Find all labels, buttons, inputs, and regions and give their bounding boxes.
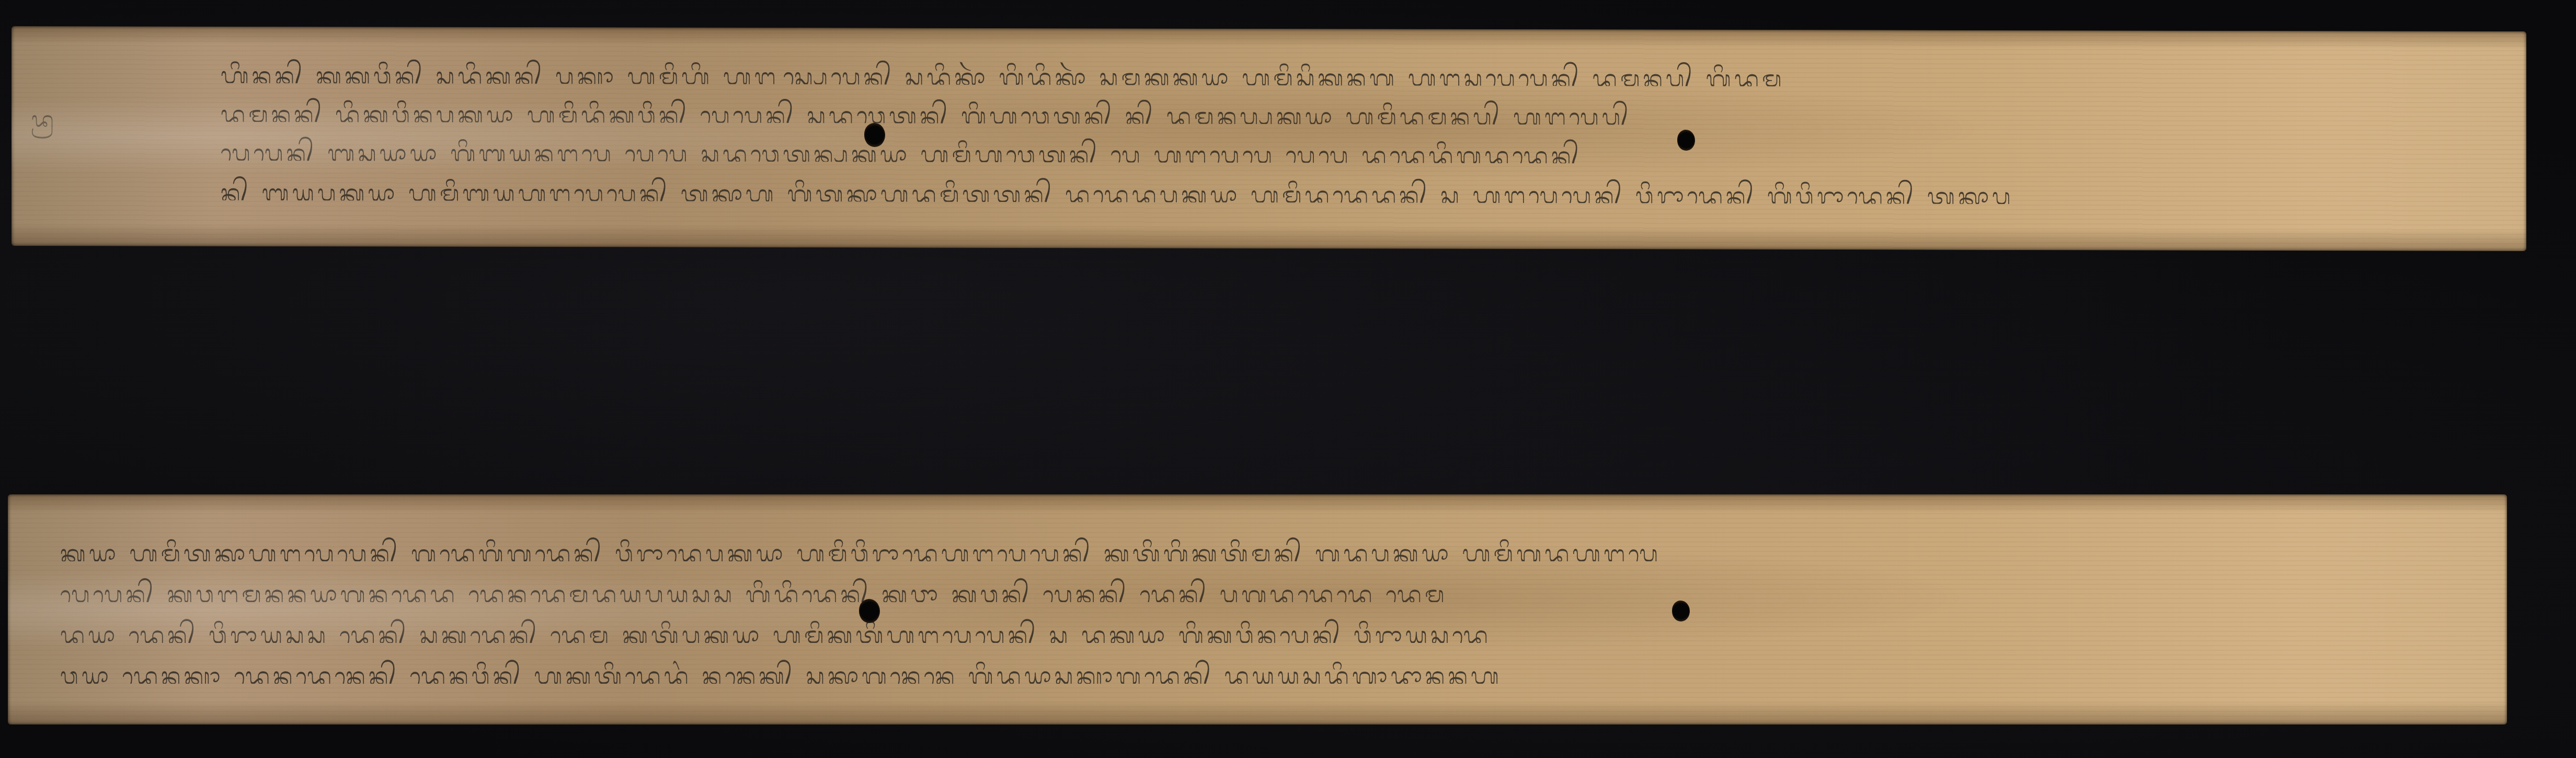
palm-leaf-bottom: ᬓᬬᬵ ᬳᬸᬫᬶᬢᬓᬵᬳᬗᬧᬾᬧᬾᬦ᭄ ᬕᬤᬾᬕᬶᬕᬤᬾᬦ᭄ ᬯᬶᬭᬵᬤᬾᬧᬓᬬ… (8, 494, 2507, 725)
script-line: ᬧᬾᬧᬾᬦ᭄ ᬓᬯᬗᬫᬦᬦᬬᬵᬕᬦᬤᬾᬤ ᬤᬾᬦᬤᬾᬫᬤᬬᬸᬧᬬᬲᬲ ᬕᬶᬤᬶᬤ… (60, 578, 1838, 602)
string-hole (1677, 130, 1695, 151)
string-hole (864, 123, 885, 147)
script-line: ᬯᬬᬵ ᬤᬾᬦᬦ᭄ᬬᬵ ᬤᬾᬦᬤᬾᬦ᭄ᬤᬾᬦ᭄ ᬤᬾᬦ᭄ᬓᬯᬶᬦ᭄ ᬳᬸᬓᬢᬶᬤ… (60, 660, 2178, 684)
string-hole (859, 599, 880, 623)
script-line: ᬦ᭄ ᬩᬬᬧᬓᬬᬵ ᬳᬸᬫᬶᬩᬬᬳᬗᬧᬾᬧᬾᬦ᭄ ᬢᬓᬵᬳ ᬕᬶᬢᬓᬵᬳᬤᬫᬶᬢ… (221, 176, 2030, 204)
text-block-bottom: ᬓᬬᬵ ᬳᬸᬫᬶᬢᬓᬵᬳᬗᬧᬾᬧᬾᬦ᭄ ᬕᬤᬾᬕᬶᬕᬤᬾᬦ᭄ ᬯᬶᬭᬵᬤᬾᬧᬓᬬ… (8, 494, 2507, 725)
string-hole (1672, 601, 1690, 621)
script-line: ᬳᬶᬦᬦ᭄ ᬓᬓᬯᬶᬦ᭄ ᬲᬤᬶᬓᬦ᭄ ᬧᬸᬦ᭄ᬬᬵ ᬳᬸᬫᬶᬳᬶ ᬳᬗ᭄ᬮᬲ᭄… (221, 59, 2009, 87)
script-line: ᬤᬬᬵ ᬤᬾᬦ᭄ ᬯᬶᬭᬵᬬᬲᬲ ᬤᬾᬦ᭄ ᬲᬓᬤᬾᬦ᭄ ᬤᬾᬫ ᬓᬢᬶᬧᬓᬬᬵ… (60, 619, 1848, 643)
script-line: ᬓᬬᬵ ᬳᬸᬫᬶᬢᬓᬵᬳᬗᬧᬾᬧᬾᬦ᭄ ᬕᬤᬾᬕᬶᬕᬤᬾᬦ᭄ ᬯᬶᬭᬵᬤᬾᬧᬓᬬ… (60, 537, 1848, 561)
text-block-top: ᬳᬶᬦᬦ᭄ ᬓᬓᬯᬶᬦ᭄ ᬲᬤᬶᬓᬦ᭄ ᬧᬸᬦ᭄ᬬᬵ ᬳᬸᬫᬶᬳᬶ ᬳᬗ᭄ᬮᬲ᭄… (12, 26, 2526, 251)
script-line: ᬤᬫᬦᬸᬦ᭄ ᬤᬶᬓᬯᬶᬦᬧᬓᬬᬵ ᬳᬸᬫᬶᬤᬶᬓᬯᬶᬦ᭄ ᬧᬾᬧᬾᬦ᭄ ᬲᬤᬸ… (221, 98, 1988, 126)
palm-leaf-top: ᬤ᭄ᬭ ᬳᬶᬦᬦ᭄ ᬓᬓᬯᬶᬦ᭄ ᬲᬤᬶᬓᬦ᭄ ᬧᬸᬦ᭄ᬬᬵ ᬳᬸᬫᬶᬳᬶ ᬳᬗ… (12, 26, 2526, 251)
script-line: ᬧᬾᬧᬾᬦ᭄ ᬩᬲᬬᬵᬬᬵ ᬕᬶᬩᬬᬦ᭄ᬳᬗᬧᬾ ᬧᬾᬧᬾ ᬲᬤᬸᬯᬾᬢᬦ᭄ᬧᬓ… (221, 137, 1956, 164)
